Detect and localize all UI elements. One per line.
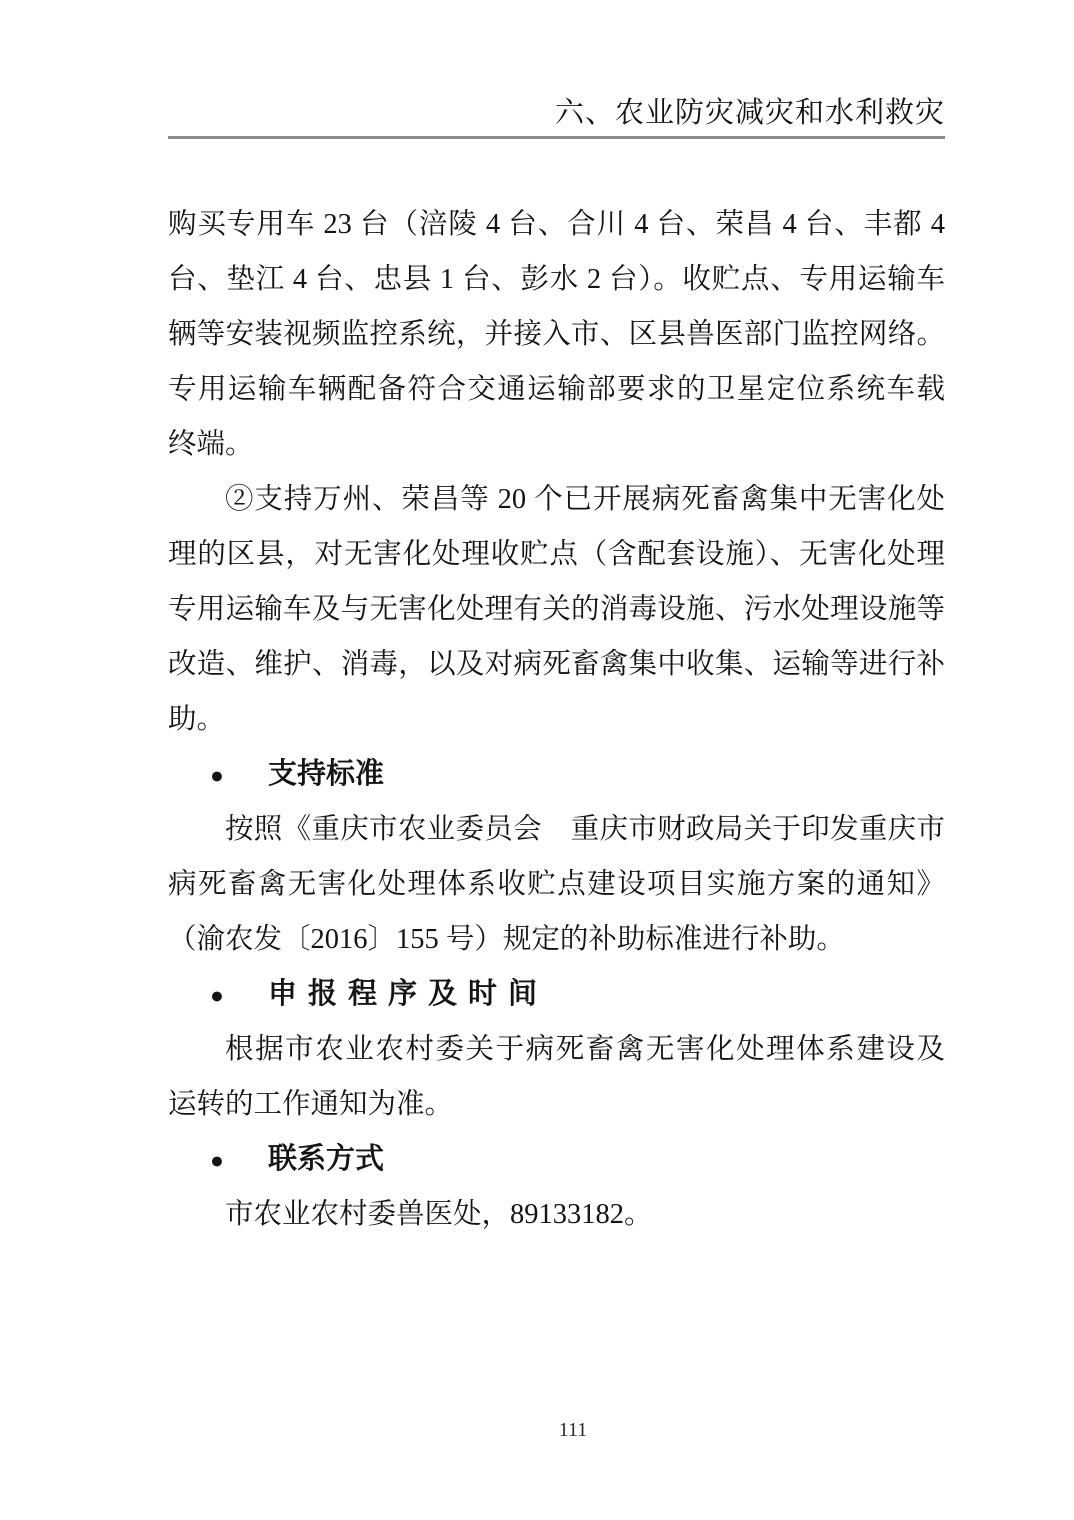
paragraph-line: 理的区县，对无害化处理收贮点（含配套设施）、无害化处理 [168,527,945,582]
section-heading-label: 申报程序及时间 [268,978,548,1010]
paragraph-line: ②支持万州、荣昌等 20 个已开展病死畜禽集中无害化处 [168,472,945,527]
section-heading-label: 联系方式 [268,1143,384,1175]
paragraph-line: 辆等安装视频监控系统，并接入市、区县兽医部门监控网络。 [168,307,945,362]
bullet-icon: ● [210,748,268,803]
section-heading: ●联系方式 [168,1132,945,1187]
section-heading-label: 支持标准 [268,758,384,790]
section-heading: ●申报程序及时间 [168,967,945,1022]
page-number: 111 [559,1419,588,1442]
paragraph-line: 助。 [168,692,945,747]
paragraph-line: 市农业农村委兽医处，89133182。 [168,1187,945,1242]
document-body: 购买专用车 23 台（涪陵 4 台、合川 4 台、荣昌 4 台、丰都 4台、垫江… [168,197,945,1242]
page-header-title: 六、农业防灾减灾和水利救灾 [168,94,945,132]
header-rule [168,136,945,139]
paragraph-line: 病死畜禽无害化处理体系收贮点建设项目实施方案的通知》 [168,857,945,912]
paragraph-line: 终端。 [168,417,945,472]
bullet-icon: ● [210,1133,268,1188]
paragraph-line: 专用运输车及与无害化处理有关的消毒设施、污水处理设施等 [168,582,945,637]
paragraph-line: （渝农发〔2016〕155 号）规定的补助标准进行补助。 [168,912,945,967]
section-heading: ●支持标准 [168,747,945,802]
paragraph-line: 改造、维护、消毒，以及对病死畜禽集中收集、运输等进行补 [168,637,945,692]
paragraph-line: 按照《重庆市农业委员会 重庆市财政局关于印发重庆市 [168,802,945,857]
paragraph-line: 台、垫江 4 台、忠县 1 台、彭水 2 台）。收贮点、专用运输车 [168,252,945,307]
paragraph-line: 根据市农业农村委关于病死畜禽无害化处理体系建设及 [168,1022,945,1077]
bullet-icon: ● [210,968,268,1023]
paragraph-line: 专用运输车辆配备符合交通运输部要求的卫星定位系统车载 [168,362,945,417]
document-page: 六、农业防灾减灾和水利救灾 购买专用车 23 台（涪陵 4 台、合川 4 台、荣… [0,0,1074,1520]
paragraph-line: 购买专用车 23 台（涪陵 4 台、合川 4 台、荣昌 4 台、丰都 4 [168,197,945,252]
paragraph-line: 运转的工作通知为准。 [168,1077,945,1132]
